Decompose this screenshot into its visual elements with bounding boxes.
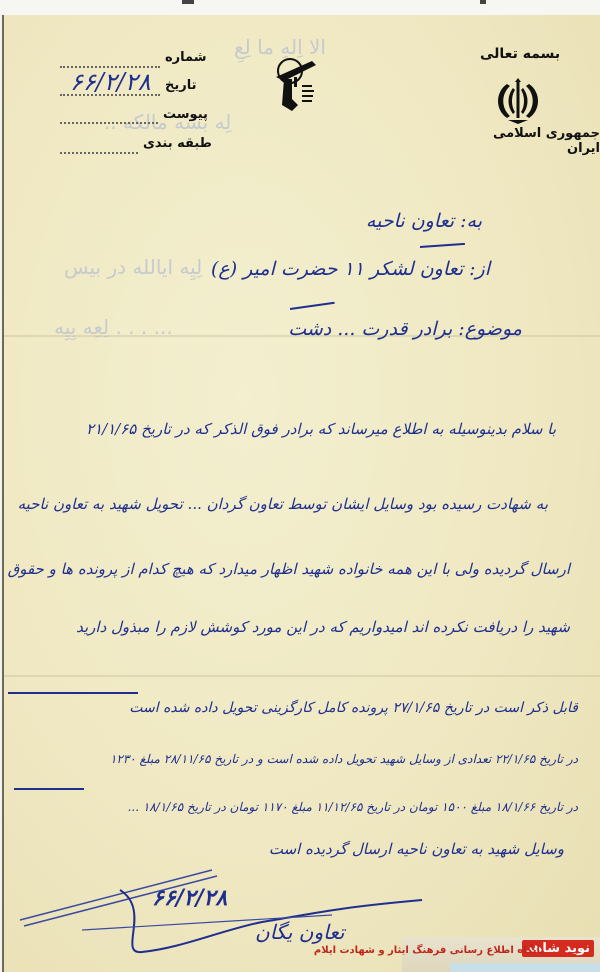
classification-field xyxy=(60,152,138,154)
body-line-4: شهید را دریافت نکرده اند امیدواریم که در… xyxy=(76,618,570,636)
body-line-6: در تاریخ ۲۲/۱/۶۵ تعدادی از وسایل شهید تح… xyxy=(110,752,578,766)
signature-title: تعاون یگان xyxy=(255,920,344,944)
body-line-7: در تاریخ ۱۸/۱/۶۶ مبلغ ۱۵۰۰ تومان در تاری… xyxy=(128,800,578,814)
iran-emblem-icon xyxy=(493,78,543,128)
body-line-5: قابل ذکر است در تاریخ ۲۷/۱/۶۵ پرونده کام… xyxy=(129,700,578,716)
attachment-label: پیوست xyxy=(163,107,208,122)
underline-mark xyxy=(14,788,84,790)
body-line-8: وسایل شهید به تعاون ناحیه ارسال گردیده ا… xyxy=(269,840,564,858)
date-label: تاریخ xyxy=(165,78,197,93)
classification-label: طبقه بندی xyxy=(143,136,212,151)
sender-line: از: تعاون لشکر ۱۱ حضرت امیر (ع) xyxy=(211,258,490,280)
recipient-line: به: تعاون ناحیه xyxy=(366,210,482,232)
scan-artifact xyxy=(480,0,486,4)
subject-line: موضوع: برادر قدرت ... دشت xyxy=(288,318,522,340)
body-line-2: به شهادت رسیده بود وسایل ایشان توسط تعاو… xyxy=(18,495,548,513)
watermark-text: پایگاه اطلاع رسانی فرهنگ ایثار و شهادت ا… xyxy=(314,945,544,956)
bismillah-heading: بسمه تعالی xyxy=(480,46,560,62)
signature-date: ۶۶/۲/۲۸ xyxy=(152,885,227,911)
letter-paper: الا اِلهِ ما لِعِ لِه بسه مالکه .. لِیِه… xyxy=(2,15,600,972)
bleed-through-text: لِیِه ایالله در بیس xyxy=(64,255,202,279)
site-watermark: نوید شاهد پایگاه اطلاع رسانی فرهنگ ایثار… xyxy=(402,937,600,972)
iran-emblem-caption: جمهوری اسلامی ایران xyxy=(484,126,600,156)
body-line-1: با سلام بدینوسیله به اطلاع میرساند که بر… xyxy=(86,420,556,438)
irgc-logo-icon xyxy=(272,55,324,117)
scan-artifact xyxy=(182,0,194,4)
paper-fold xyxy=(4,675,600,677)
body-line-3: ارسال گردیده ولی با این همه خانواده شهید… xyxy=(8,560,570,578)
number-label: شماره xyxy=(165,50,207,65)
watermark-band xyxy=(450,963,600,972)
bleed-through-text: ... . . . لِعِه بِیِه xyxy=(54,315,173,339)
attachment-field xyxy=(60,122,158,124)
underline-mark xyxy=(8,692,138,694)
date-value: ۶۶/۲/۲۸ xyxy=(70,68,151,96)
scan-top-margin xyxy=(0,0,600,15)
